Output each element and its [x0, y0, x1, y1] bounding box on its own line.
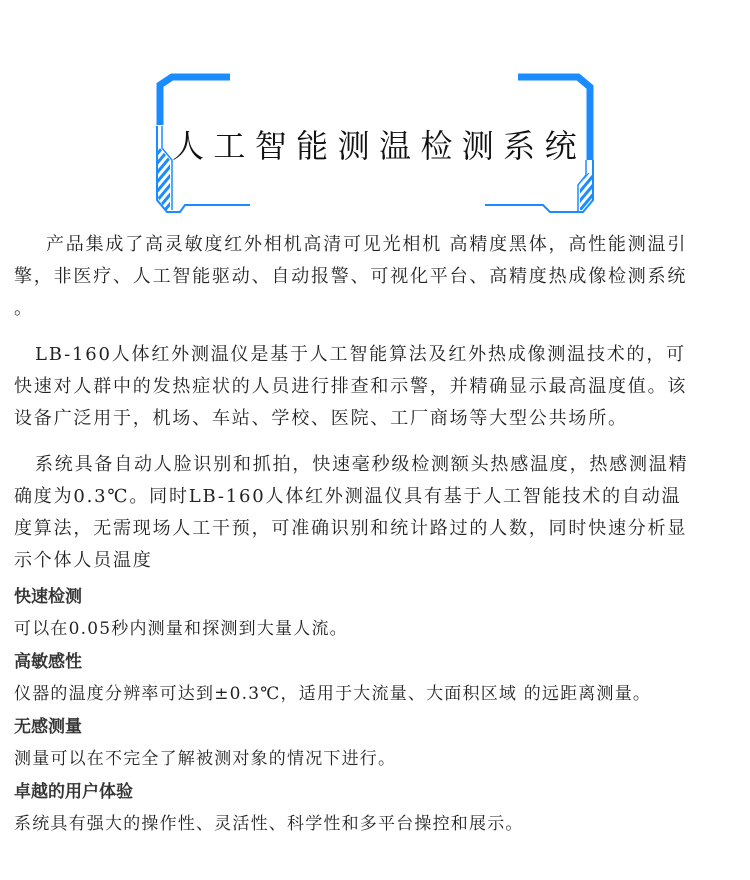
feature-description: 测量可以在不完全了解被测对象的情况下进行。 — [14, 743, 694, 776]
feature-heading: 卓越的用户体验 — [14, 776, 694, 808]
feature-heading: 无感测量 — [14, 711, 694, 743]
feature-item: 卓越的用户体验 系统具有强大的操作性、灵活性、科学性和多平台操控和展示。 — [14, 776, 694, 841]
article-body: 产品集成了高灵敏度红外相机高清可见光相机 高精度黑体，高性能测温引擎，非医疗、人… — [14, 229, 694, 841]
feature-heading: 高敏感性 — [14, 646, 694, 678]
title-banner: 人工智能测温检测系统 — [140, 60, 610, 230]
page-title: 人工智能测温检测系统 — [140, 126, 610, 166]
feature-list: 快速检测 可以在0.05秒内测量和探测到大量人流。 高敏感性 仪器的温度分辨率可… — [14, 581, 694, 841]
feature-description: 可以在0.05秒内测量和探测到大量人流。 — [14, 613, 694, 646]
feature-item: 无感测量 测量可以在不完全了解被测对象的情况下进行。 — [14, 711, 694, 776]
feature-description: 系统具有强大的操作性、灵活性、科学性和多平台操控和展示。 — [14, 808, 694, 841]
feature-item: 高敏感性 仪器的温度分辨率可达到±0.3℃，适用于大流量、大面积区域 的远距离测… — [14, 646, 694, 711]
intro-paragraph: LB-160人体红外测温仪是基于人工智能算法及红外热成像测温技术的，可快速对人群… — [14, 339, 694, 435]
intro-paragraph: 产品集成了高灵敏度红外相机高清可见光相机 高精度黑体，高性能测温引擎，非医疗、人… — [14, 229, 694, 325]
feature-item: 快速检测 可以在0.05秒内测量和探测到大量人流。 — [14, 581, 694, 646]
feature-description: 仪器的温度分辨率可达到±0.3℃，适用于大流量、大面积区域 的远距离测量。 — [14, 678, 694, 711]
feature-heading: 快速检测 — [14, 581, 694, 613]
intro-paragraph: 系统具备自动人脸识别和抓拍，快速毫秒级检测额头热感温度，热感测温精确度为0.3℃… — [14, 449, 694, 577]
